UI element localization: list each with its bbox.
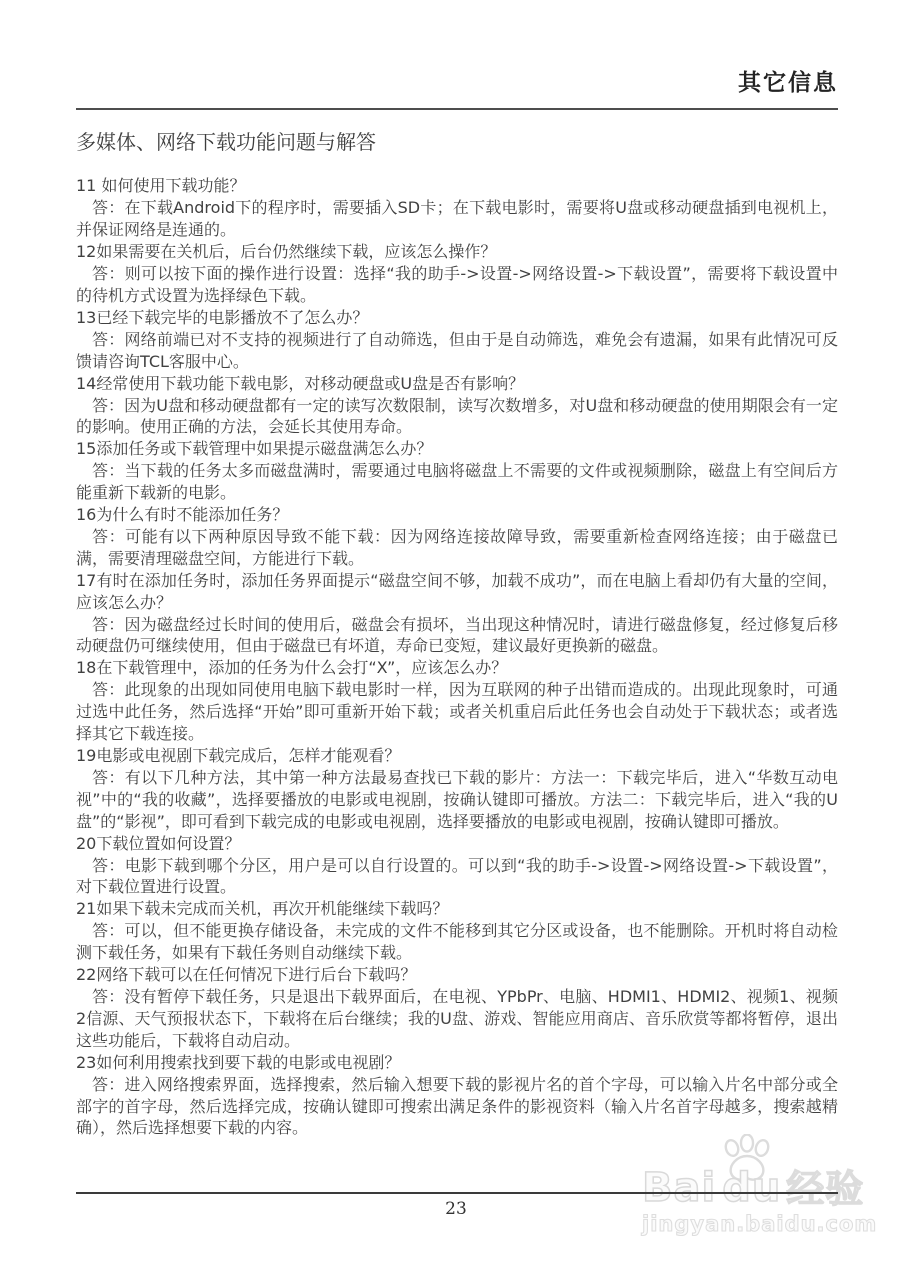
- faq-answer: 答：因为磁盘经过长时间的使用后，磁盘会有损坏，当出现这种情况时，请进行磁盘修复，…: [76, 614, 838, 658]
- faq-item: 12如果需要在关机后，后台仍然继续下载，应该怎么操作？ 答：则可以按下面的操作进…: [76, 241, 838, 307]
- faq-answer: 答：有以下几种方法，其中第一种方法最易查找已下载的影片：方法一：下载完毕后，进入…: [76, 767, 838, 833]
- baidu-jingyan-watermark: Bai du 经验 jingyan.baidu.com: [642, 1138, 904, 1236]
- faq-answer: 答：进入网络搜索界面，选择搜索，然后输入想要下载的影视片名的首个字母，可以输入片…: [76, 1074, 838, 1140]
- faq-question: 19电影或电视剧下载完成后，怎样才能观看？: [76, 745, 838, 767]
- faq-item: 22网络下载可以在任何情况下进行后台下载吗？ 答：没有暂停下载任务，只是退出下载…: [76, 964, 838, 1052]
- faq-item: 18在下载管理中，添加的任务为什么会打“X”，应该怎么办？ 答：此现象的出现如同…: [76, 657, 838, 745]
- faq-item: 15添加任务或下载管理中如果提示磁盘满怎么办？ 答：当下载的任务太多而磁盘满时，…: [76, 438, 838, 504]
- faq-answer: 答：在下载Android下的程序时，需要插入SD卡；在下载电影时，需要将U盘或移…: [76, 197, 838, 241]
- faq-answer: 答：此现象的出现如同使用电脑下载电影时一样，因为互联网的种子出错而造成的。出现此…: [76, 679, 838, 745]
- faq-item: 19电影或电视剧下载完成后，怎样才能观看？ 答：有以下几种方法，其中第一种方法最…: [76, 745, 838, 833]
- faq-question: 14经常使用下载功能下载电影，对移动硬盘或U盘是否有影响？: [76, 373, 838, 395]
- faq-question: 11 如何使用下载功能？: [76, 175, 838, 197]
- manual-page: 其它信息 多媒体、网络下载功能问题与解答 11 如何使用下载功能？ 答：在下载A…: [0, 0, 912, 1280]
- faq-list: 11 如何使用下载功能？ 答：在下载Android下的程序时，需要插入SD卡；在…: [76, 175, 838, 1139]
- faq-answer: 答：可以，但不能更换存储设备，未完成的文件不能移到其它分区或设备，也不能删除。开…: [76, 920, 838, 964]
- faq-answer: 答：则可以按下面的操作进行设置：选择“我的助手->设置->网络设置->下载设置”…: [76, 263, 838, 307]
- footer-divider: [76, 1192, 838, 1194]
- faq-item: 20下载位置如何设置？ 答：电影下载到哪个分区，用户是可以自行设置的。可以到“我…: [76, 833, 838, 899]
- faq-answer: 答：电影下载到哪个分区，用户是可以自行设置的。可以到“我的助手->设置->网络设…: [76, 855, 838, 899]
- faq-question: 23如何利用搜索找到要下载的电影或电视剧？: [76, 1052, 838, 1074]
- faq-answer: 答：可能有以下两种原因导致不能下载：因为网络连接故障导致，需要重新检查网络连接；…: [76, 526, 838, 570]
- faq-item: 16为什么有时不能添加任务？ 答：可能有以下两种原因导致不能下载：因为网络连接故…: [76, 504, 838, 570]
- faq-answer: 答：没有暂停下载任务，只是退出下载界面后，在电视、YPbPr、电脑、HDMI1、…: [76, 986, 838, 1052]
- faq-item: 23如何利用搜索找到要下载的电影或电视剧？ 答：进入网络搜索界面，选择搜索，然后…: [76, 1052, 838, 1140]
- faq-question: 17有时在添加任务时，添加任务界面提示“磁盘空间不够，加载不成功”，而在电脑上看…: [76, 570, 838, 614]
- faq-question: 12如果需要在关机后，后台仍然继续下载，应该怎么操作？: [76, 241, 838, 263]
- page-number: 23: [0, 1199, 912, 1219]
- faq-answer: 答：网络前端已对不支持的视频进行了自动筛选，但由于是自动筛选，难免会有遗漏，如果…: [76, 329, 838, 373]
- faq-answer: 答：当下载的任务太多而磁盘满时，需要通过电脑将磁盘上不需要的文件或视频删除，磁盘…: [76, 460, 838, 504]
- faq-item: 11 如何使用下载功能？ 答：在下载Android下的程序时，需要插入SD卡；在…: [76, 175, 838, 241]
- faq-question: 13已经下载完毕的电影播放不了怎么办？: [76, 307, 838, 329]
- faq-question: 15添加任务或下载管理中如果提示磁盘满怎么办？: [76, 438, 838, 460]
- faq-question: 20下载位置如何设置？: [76, 833, 838, 855]
- faq-item: 21如果下载未完成而关机，再次开机能继续下载吗？ 答：可以，但不能更换存储设备，…: [76, 898, 838, 964]
- faq-question: 21如果下载未完成而关机，再次开机能继续下载吗？: [76, 898, 838, 920]
- header-divider: [76, 108, 838, 110]
- page-header-title: 其它信息: [76, 70, 838, 96]
- baidu-logo: Bai du 经验: [642, 1138, 904, 1208]
- faq-question: 22网络下载可以在任何情况下进行后台下载吗？: [76, 964, 838, 986]
- faq-question: 18在下载管理中，添加的任务为什么会打“X”，应该怎么办？: [76, 657, 838, 679]
- faq-question: 16为什么有时不能添加任务？: [76, 504, 838, 526]
- faq-item: 14经常使用下载功能下载电影，对移动硬盘或U盘是否有影响？ 答：因为U盘和移动硬…: [76, 373, 838, 439]
- faq-item: 13已经下载完毕的电影播放不了怎么办？ 答：网络前端已对不支持的视频进行了自动筛…: [76, 307, 838, 373]
- section-title: 多媒体、网络下载功能问题与解答: [76, 130, 838, 154]
- faq-item: 17有时在添加任务时，添加任务界面提示“磁盘空间不够，加载不成功”，而在电脑上看…: [76, 570, 838, 658]
- faq-answer: 答：因为U盘和移动硬盘都有一定的读写次数限制，读写次数增多，对U盘和移动硬盘的使…: [76, 395, 838, 439]
